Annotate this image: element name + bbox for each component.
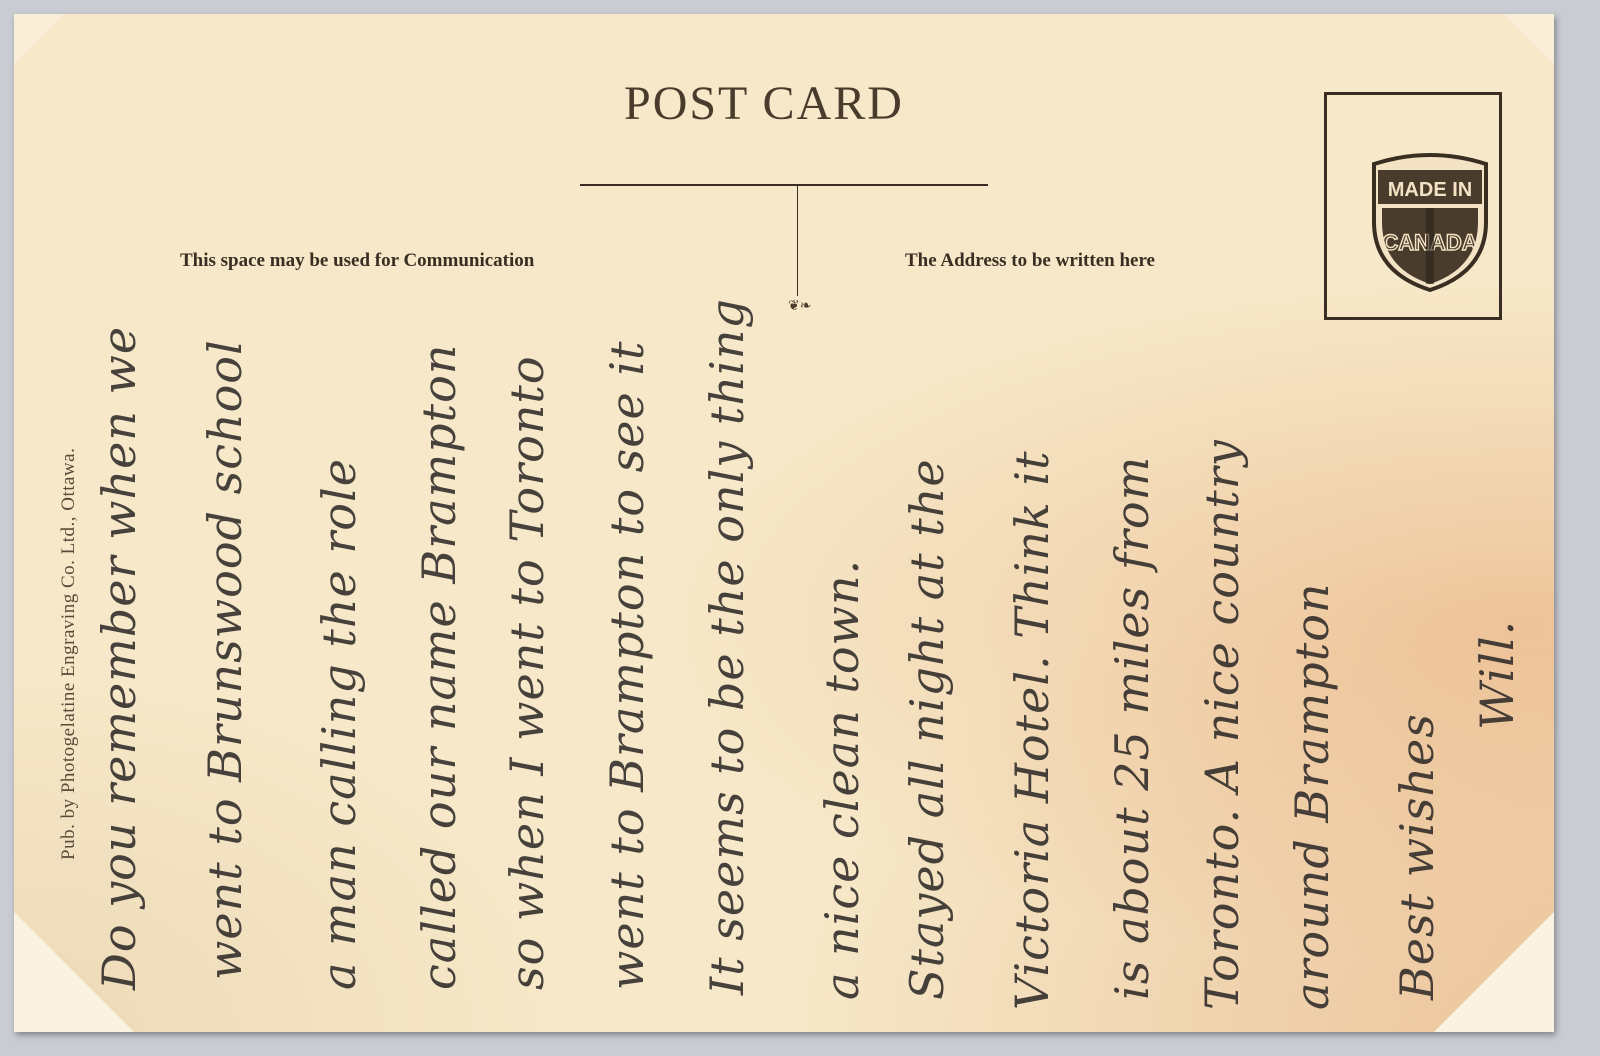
handwriting-line: a nice clean town.: [815, 559, 869, 1000]
shield-line1: MADE IN: [1388, 179, 1472, 201]
corner-mount-top-right: [1504, 14, 1554, 64]
handwriting-line: called our name Brampton: [412, 344, 466, 990]
handwriting-line: around Brampton: [1285, 582, 1339, 1010]
publisher-imprint: Pub. by Photogelatine Engraving Co. Ltd.…: [58, 448, 80, 860]
address-label: The Address to be written here: [905, 250, 1155, 272]
postcard-title: POST CARD: [624, 76, 904, 131]
header-divider: [580, 184, 988, 186]
handwriting-line: Stayed all night at the: [900, 458, 954, 1000]
handwriting-line: Toronto. A nice country: [1195, 439, 1249, 1010]
corner-mount-bottom-right: [1434, 912, 1554, 1032]
handwriting-line: is about 25 miles from: [1105, 456, 1159, 1000]
center-divider: [797, 186, 798, 296]
handwriting-signature: Will.: [1470, 620, 1524, 730]
communication-label: This space may be used for Communication: [180, 250, 534, 272]
handwriting-line: a man calling the role: [312, 458, 366, 990]
handwriting-line: so when I went to Toronto: [500, 355, 554, 990]
ornament-icon: ❦❧: [788, 298, 811, 315]
handwriting-line: Victoria Hotel. Think it: [1005, 450, 1059, 1010]
corner-mount-top-left: [14, 14, 64, 64]
handwriting-line: went to Brampton to see it: [600, 340, 654, 990]
made-in-canada-shield-icon: MADE IN CANADA: [1368, 152, 1492, 292]
handwriting-line: went to Brunswood school: [198, 339, 252, 980]
handwriting-line: It seems to be the only thing: [700, 298, 754, 995]
handwriting-line: Do you remember when we: [92, 326, 146, 990]
handwriting-line: Best wishes: [1390, 713, 1444, 1000]
